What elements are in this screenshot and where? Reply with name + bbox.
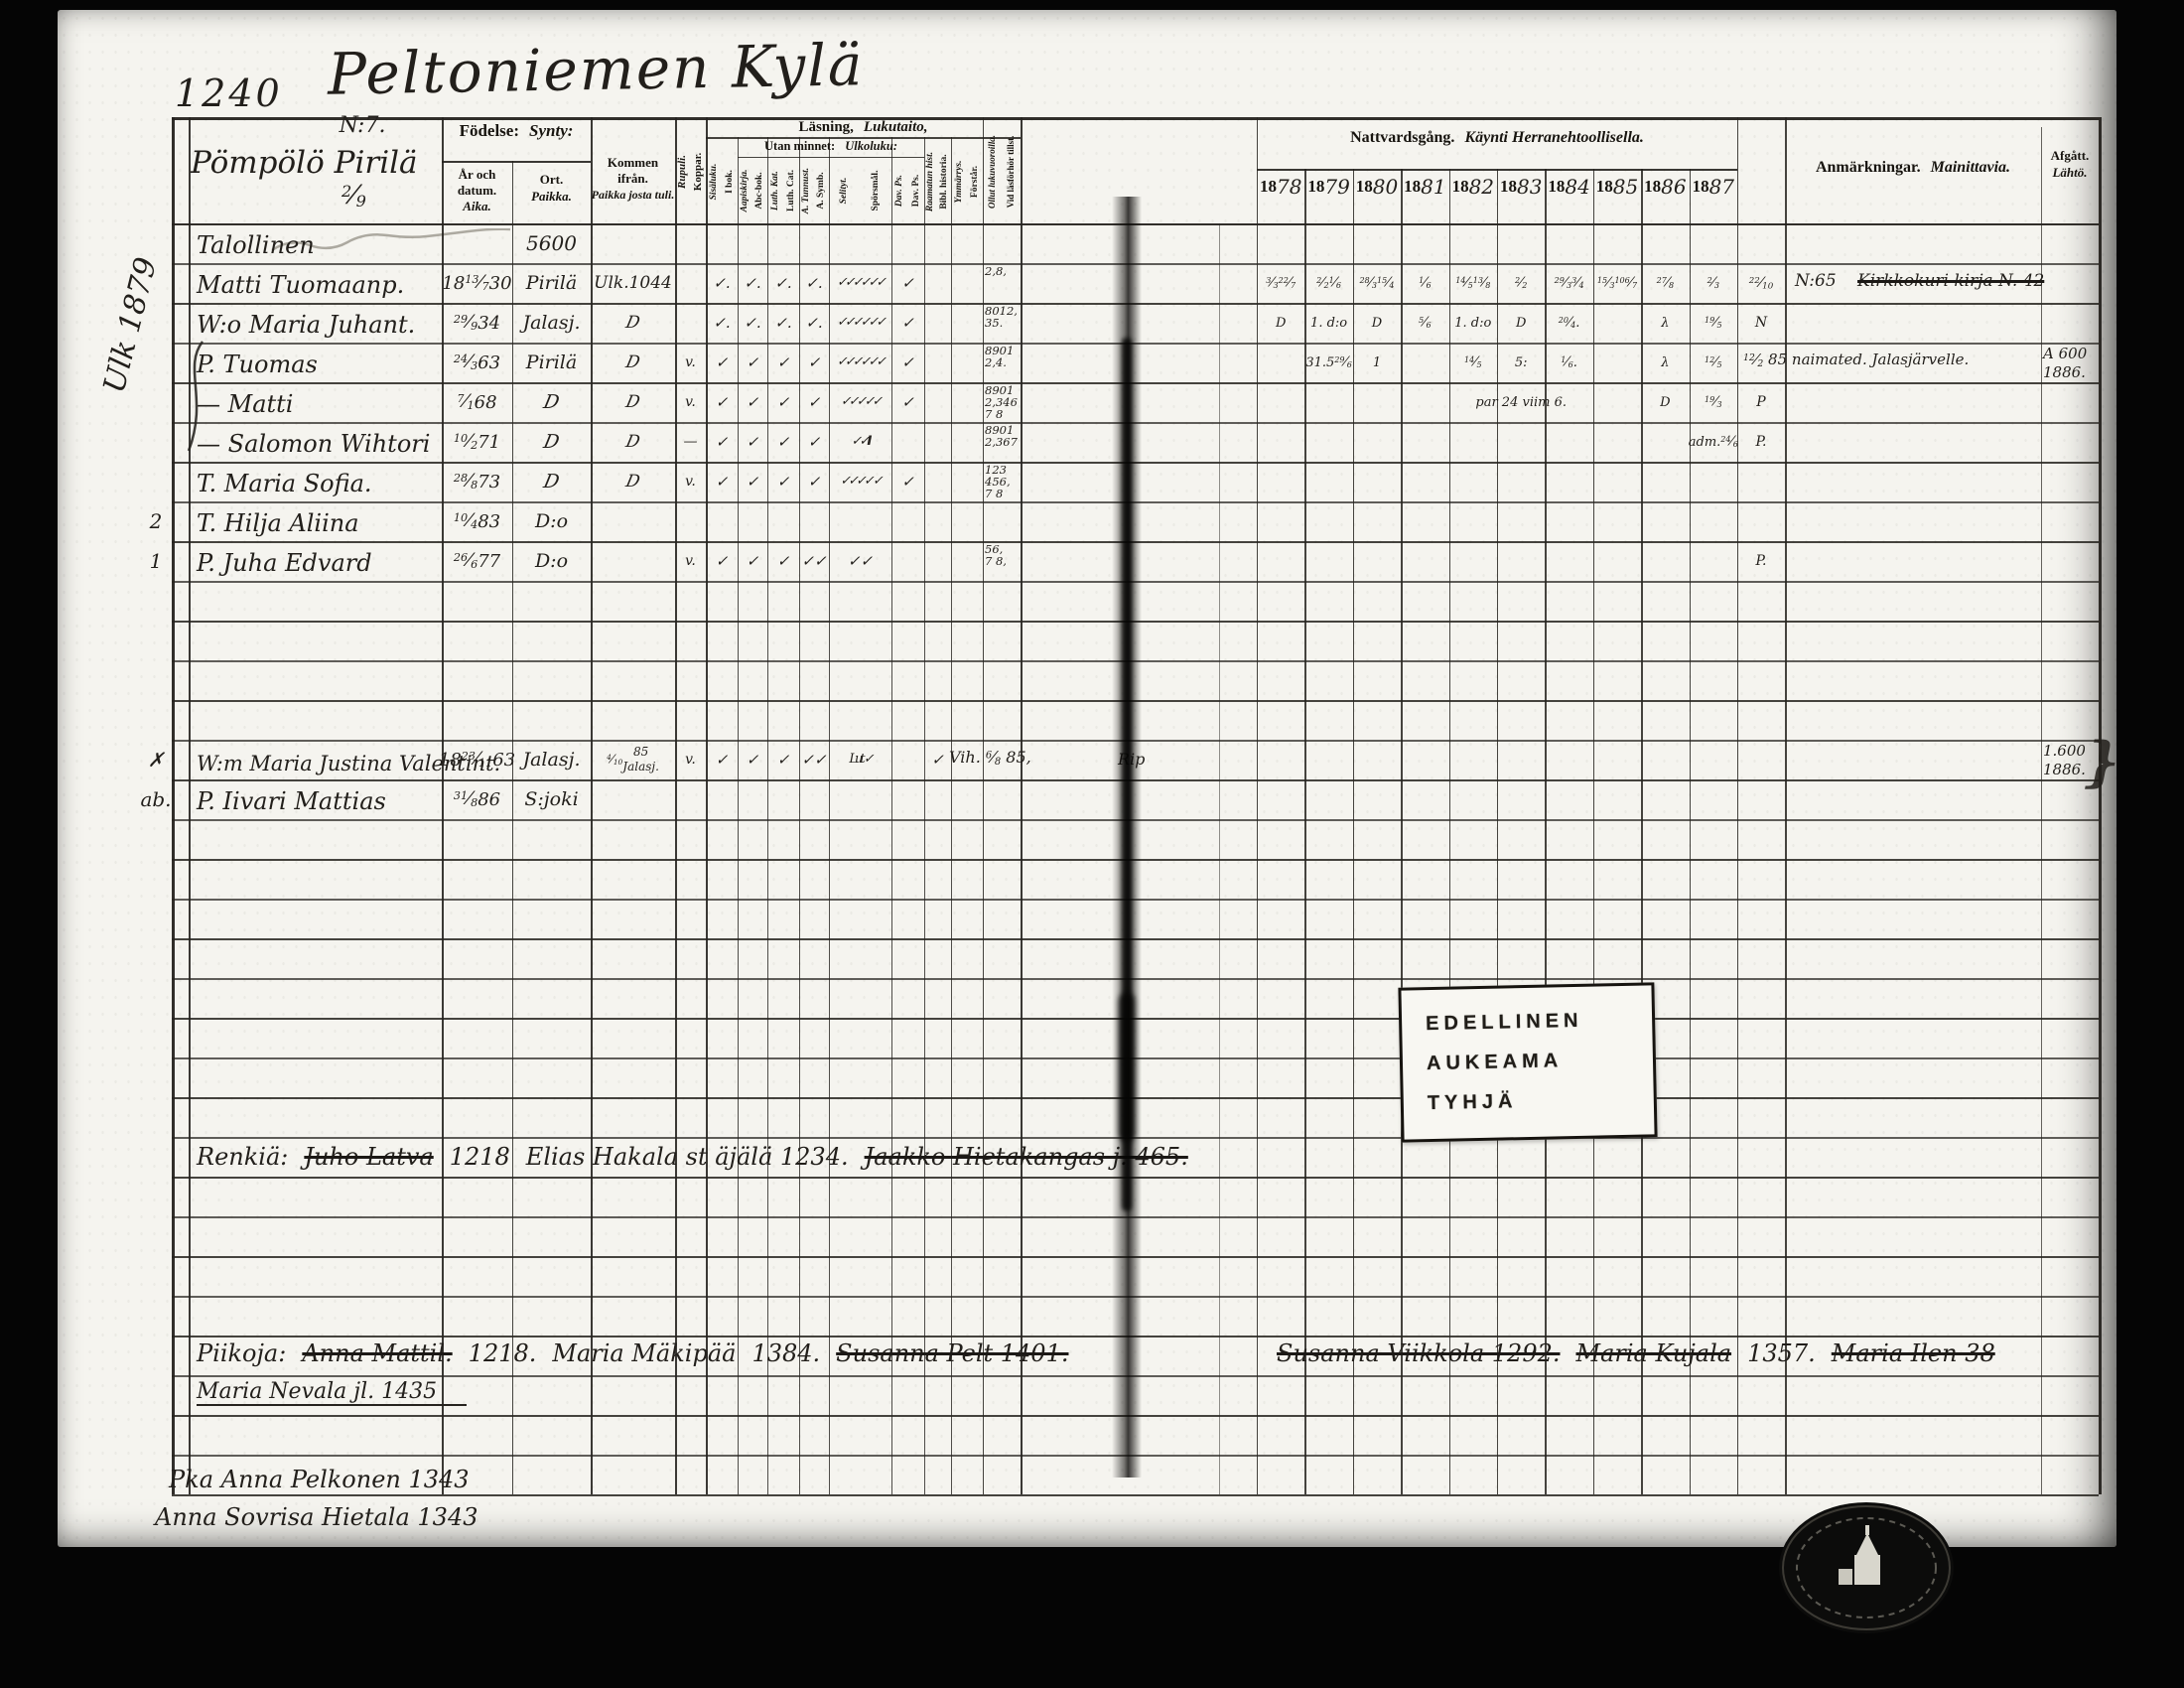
grid-line	[1401, 169, 1402, 1494]
grid-line	[172, 1018, 2099, 1020]
grid-line	[172, 1494, 2099, 1496]
year-written: 81	[1421, 175, 1445, 199]
reading-mark: ✓	[738, 462, 767, 501]
came-from: D	[587, 343, 680, 382]
reading-mark: ✓	[738, 740, 767, 779]
header-reading-7-text: Ymmärrys.Förstår.	[951, 142, 983, 221]
header-reading-2-text: Luth. Kat.Luth. Cat.	[767, 160, 799, 221]
came-from: 4⁄10 85Jalasj.	[591, 740, 675, 779]
birth-date: 7⁄1 68	[442, 382, 512, 422]
village-title: Peltoniemen Kylä	[327, 31, 864, 107]
reading-mark: ✓	[706, 462, 738, 501]
grid-line	[172, 117, 2099, 120]
communion-mark: 27⁄8	[1641, 263, 1689, 303]
reading-mark: ✓.	[799, 263, 829, 303]
communion-mark: D	[1257, 303, 1304, 343]
header-reading-6: Raamatun hist.Bibl. historia.	[924, 142, 951, 221]
smallpox-mark: v.	[675, 343, 706, 382]
label-sv: Utan minnet:	[764, 139, 835, 154]
communion-mark: 1	[1353, 343, 1401, 382]
page-fold-blot	[1119, 993, 1135, 1142]
header-vid-lasforhor-text: Ollut lukuvuoroilla.Vid läsförhör tillst…	[983, 122, 1021, 221]
reading-mark: ✓✓	[799, 740, 829, 779]
entry-segment: Juho Latva	[304, 1143, 433, 1171]
year-printed: 18	[1260, 177, 1277, 197]
grid-line	[172, 1177, 2099, 1179]
grid-line	[172, 700, 2099, 702]
header-reading-4: Selityt.Spörsmål.	[829, 160, 891, 221]
header-reading-1: Aapiskirja.Abc-bok.	[738, 160, 767, 221]
page-fold-shadow	[1112, 197, 1142, 1477]
grid-line	[442, 161, 591, 163]
header-koppar: Rupuli.Koppar.	[675, 122, 706, 221]
header-koppar-text: Rupuli.Koppar.	[675, 122, 706, 221]
entry-segment: Renkiä:	[197, 1143, 288, 1171]
grid-line	[1785, 117, 1787, 1494]
label-fi: Lukutaito,	[864, 119, 928, 136]
birth-date: 29⁄9 34	[442, 303, 512, 343]
communion-mark: 1. d:o	[1304, 303, 1352, 343]
margin-mark: 1	[133, 541, 179, 581]
communion-mark: λ	[1641, 343, 1689, 382]
grid-line	[172, 978, 2099, 980]
stamp-line: EDELLINEN	[1402, 999, 1653, 1044]
header-year-1883: 1883	[1497, 175, 1545, 199]
communion-mark: 14⁄5	[1449, 343, 1497, 382]
grid-line	[172, 1137, 2099, 1139]
entry-segment: Kirkkokuri kirja N. 42	[1857, 271, 2044, 291]
communion-mark: 2⁄3	[1690, 263, 1737, 303]
grid-line	[172, 1455, 2099, 1457]
header-reading-0-text: Sisäluku.I bok.	[706, 142, 738, 221]
reading-mark: ✓✓✓✓✓✓	[829, 263, 891, 303]
communion-mark: par 24 viim 6.	[1497, 382, 1545, 422]
communion-mark: 20⁄4.	[1545, 303, 1592, 343]
empty-spread-stamp: EDELLINEN AUKEAMA TYHJÄ	[1398, 982, 1657, 1142]
header-year-1887: 1887	[1690, 175, 1737, 199]
grid-line	[2041, 127, 2042, 1494]
year-written: 82	[1469, 175, 1494, 199]
reading-mark: ✓✓	[829, 541, 891, 581]
examination-numbers: 123456,7 8	[985, 464, 1021, 499]
grid-line	[924, 137, 925, 1494]
birth-place: Jalasj.	[512, 303, 591, 343]
extra-col-mark: P	[1737, 382, 1785, 422]
communion-mark: 1⁄6	[1401, 263, 1448, 303]
reading-mark: ✓	[767, 422, 799, 462]
communion-mark: D	[1353, 303, 1401, 343]
header-year-1886: 1886	[1641, 175, 1689, 199]
communion-mark: 14⁄5 13⁄8	[1449, 263, 1497, 303]
header-reading-5: Dav. Ps.Dav. Ps.	[891, 160, 924, 221]
entry-segment: Elias Hakala st äjälä 1234.	[526, 1143, 849, 1171]
communion-mark: 2⁄2	[1497, 263, 1545, 303]
communion-mark: 12⁄5	[1690, 343, 1737, 382]
birth-date: 18 23⁄11 63	[442, 740, 512, 779]
communion-mark: 19⁄5	[1690, 303, 1737, 343]
smallpox-mark: v.	[675, 740, 706, 779]
smallpox-mark: v.	[675, 462, 706, 501]
header-reading-7: Ymmärrys.Förstår.	[951, 142, 983, 221]
year-written: 84	[1565, 175, 1589, 199]
header-year-1879: 1879	[1304, 175, 1352, 199]
reading-mark: ✓	[706, 382, 738, 422]
header-reading-4-text: Selityt.Spörsmål.	[829, 160, 891, 221]
header-year-1881: 1881	[1401, 175, 1448, 199]
signature-line: Anna Sovrisa Hietala 1343	[155, 1503, 478, 1531]
reading-mark: Lut ✓	[829, 740, 891, 779]
year-written: 78	[1277, 175, 1301, 199]
reading-mark: ✓	[738, 382, 767, 422]
reading-mark: ✓	[706, 541, 738, 581]
grid-line	[172, 1216, 2099, 1218]
header-kommen: Kommen ifrån.Paikka josta tuli.	[591, 155, 675, 203]
reading-mark: ✓.	[767, 263, 799, 303]
reading-mark: ✓	[891, 382, 924, 422]
entry-segment: Maria Kujala	[1576, 1339, 1732, 1367]
communion-mark: 2⁄2 1⁄6	[1304, 263, 1352, 303]
stamp-line: AUKEAMA	[1403, 1039, 1654, 1083]
reading-mark: ✓.	[706, 263, 738, 303]
reading-mark: ✓✓ǀǀǀ	[829, 422, 891, 462]
person-name: Talollinen	[197, 225, 494, 259]
grid-line	[172, 859, 2099, 861]
entry-segment: Piikoja:	[197, 1339, 286, 1367]
grid-line	[1593, 169, 1594, 1494]
reading-mark: ✓	[767, 541, 799, 581]
reading-mark: ✓✓✓✓✓	[829, 382, 891, 422]
smallpox-mark: v.	[675, 541, 706, 581]
birth-place: 5600	[512, 223, 591, 263]
reading-mark: ✓	[799, 382, 829, 422]
reading-mark: ✓✓✓✓✓✓	[829, 343, 891, 382]
header-reading-0: Sisäluku.I bok.	[706, 142, 738, 221]
grid-line	[172, 1057, 2099, 1059]
communion-mark: 3⁄3 22⁄7	[1257, 263, 1304, 303]
reading-mark: ✓	[799, 462, 829, 501]
birth-date: 26⁄6 77	[442, 541, 512, 581]
header-anmarkningar: Anmärkningar. Mainittavia.	[1785, 159, 2041, 177]
year-printed: 18	[1548, 177, 1565, 197]
header-vid-lasforhor: Ollut lukuvuoroilla.Vid läsförhör tillst…	[983, 122, 1021, 221]
examination-numbers: 89012,4.	[985, 345, 1021, 368]
communion-mark: 19⁄3	[1690, 382, 1737, 422]
grid-line	[172, 621, 2099, 623]
examination-numbers: 56,7 8,	[985, 543, 1021, 567]
header-nattvardsgang: Nattvardsgång. Käynti Herranehtoollisell…	[1257, 129, 1737, 147]
entry-segment: 1384.	[751, 1339, 820, 1367]
birth-date: 10⁄2 71	[442, 422, 512, 462]
stamp-line: TYHJÄ	[1403, 1078, 1654, 1123]
house-fraction: 2⁄9	[341, 181, 366, 211]
header-year-1885: 1885	[1593, 175, 1641, 199]
came-from: D	[587, 303, 680, 343]
grid-line	[172, 1415, 2099, 1417]
year-printed: 18	[1644, 177, 1661, 197]
communion-mark: λ	[1641, 303, 1689, 343]
grid-line	[2099, 117, 2102, 1494]
communion-mark: 31.5 29⁄6	[1304, 343, 1352, 382]
header-lasning: Läsning, Lukutaito,	[706, 119, 1021, 136]
examination-numbers: 2,8,	[985, 265, 1021, 277]
header-reading-3-text: A. Tunnust.A. Symb.	[799, 160, 829, 221]
year-printed: 18	[1307, 177, 1324, 197]
reading-mark: ✓	[891, 303, 924, 343]
header-reading-2: Luth. Kat.Luth. Cat.	[767, 160, 799, 221]
year-printed: 18	[1693, 177, 1709, 197]
came-from: D	[587, 462, 680, 501]
header-year-1878: 1878	[1257, 175, 1304, 199]
communion-mark: adm. 24⁄6	[1690, 422, 1737, 462]
header-sub-place: Ort.Paikka.	[512, 171, 591, 205]
scanned-photo-frame: 1240 Peltoniemen Kylä N:7. Pömpölö Piril…	[0, 0, 2184, 1688]
rippi-note: Rip	[1118, 750, 1145, 769]
came-from: D	[587, 422, 680, 462]
header-year-1880: 1880	[1353, 175, 1401, 199]
year-printed: 18	[1404, 177, 1421, 197]
smallpox-mark: v.	[675, 382, 706, 422]
reading-mark: ✓.	[799, 303, 829, 343]
reading-mark: ✓	[891, 263, 924, 303]
grid-line	[172, 1375, 2099, 1377]
birth-place: D:o	[512, 501, 591, 541]
examination-numbers: 89012,367	[985, 424, 1021, 448]
birth-place: Pirilä	[512, 343, 591, 382]
extra-col-mark: N	[1737, 303, 1785, 343]
year-written: 80	[1373, 175, 1398, 199]
birth-place: D:o	[512, 541, 591, 581]
year-written: 87	[1709, 175, 1734, 199]
piikoja-row-right: Susanna Viikkola 1292.Maria Kujala1357.M…	[1277, 1339, 2011, 1367]
header-reading-5-text: Dav. Ps.Dav. Ps.	[891, 160, 924, 221]
page-number: 1240	[175, 71, 283, 115]
year-written: 79	[1324, 175, 1349, 199]
reading-mark: ✓	[767, 382, 799, 422]
label-sv: Läsning,	[798, 119, 853, 136]
examination-numbers: 89012,3467 8	[985, 384, 1021, 420]
page-fold-core	[1122, 338, 1132, 1211]
header-fodelse: Födelse: Synty:	[442, 121, 591, 141]
smallpox-mark: —	[675, 422, 706, 462]
header-reading-6-text: Raamatun hist.Bibl. historia.	[924, 142, 951, 221]
piikoja-row-2: Maria Nevala jl. 1435	[197, 1379, 467, 1406]
year-printed: 18	[1500, 177, 1517, 197]
label-fi: Käynti Herranehtoollisella.	[1464, 129, 1643, 147]
header-year-1882: 1882	[1449, 175, 1497, 199]
label-sv: Födelse:	[460, 121, 519, 141]
grid-line	[172, 1097, 2099, 1099]
grid-line	[172, 819, 2099, 821]
extra-col-mark: 22⁄10	[1737, 263, 1785, 303]
birth-place: D	[508, 382, 596, 422]
grid-line	[675, 117, 677, 1494]
reading-mark: ✓✓✓✓✓✓	[829, 303, 891, 343]
grid-line	[1021, 117, 1023, 1494]
birth-place: D	[508, 422, 596, 462]
entry-segment: Anna Mattil.	[302, 1339, 452, 1367]
reading-mark: ✓	[706, 343, 738, 382]
archive-round-stamp	[1775, 1497, 1958, 1638]
header-sub-date: År och datum.Aika.	[442, 167, 512, 214]
communion-mark: 5⁄6	[1401, 303, 1448, 343]
reading-mark: ✓	[767, 740, 799, 779]
grid-line	[172, 660, 2099, 662]
birth-place: S:joki	[512, 779, 591, 819]
reading-mark: ✓✓✓✓ ✓	[829, 462, 891, 501]
grid-line	[189, 117, 191, 1494]
margin-mark: 2	[133, 501, 179, 541]
reading-mark: ✓	[891, 343, 924, 382]
entry-segment: N:65	[1795, 271, 1842, 291]
extra-col-mark: P.	[1737, 422, 1785, 462]
reading-mark: ✓	[891, 462, 924, 501]
reading-mark: ✓.	[706, 303, 738, 343]
reading-mark: ✓	[738, 343, 767, 382]
birth-date: 31⁄8 86	[442, 779, 512, 819]
grid-line	[172, 1336, 2099, 1337]
margin-mark: ✗	[133, 740, 179, 779]
reading-mark: ✓✓	[799, 541, 829, 581]
ledger-page: 1240 Peltoniemen Kylä N:7. Pömpölö Piril…	[58, 10, 2116, 1547]
header-utan-minnet: Utan minnet: Ulkoluku:	[738, 139, 924, 154]
reading-mark: ✓	[738, 422, 767, 462]
header-afgatt: Afgått.Lähtö.	[2041, 147, 2099, 181]
communion-mark: 5:	[1497, 343, 1545, 382]
remark-note: 12⁄2 85 naimated. Jalasjärvelle.	[1743, 351, 2031, 369]
vihitty-note: Vih. 6⁄8 85,	[949, 748, 1031, 768]
communion-mark: 15⁄3 106⁄7	[1593, 263, 1641, 303]
reading-mark: ✓	[767, 343, 799, 382]
label-fi: Ulkoluku:	[845, 139, 897, 154]
communion-mark: 28⁄3 15⁄4	[1353, 263, 1401, 303]
extra-col-mark: P.	[1737, 541, 1785, 581]
entry-segment: Maria Ilen 38	[1832, 1339, 1995, 1367]
entry-segment: 1357.	[1747, 1339, 1816, 1367]
reading-mark: ✓	[799, 343, 829, 382]
entry-segment: 1218	[450, 1143, 510, 1171]
grid-line	[1219, 223, 1220, 1494]
grid-line	[172, 1296, 2099, 1298]
entry-segment: Susanna Viikkola 1292.	[1277, 1339, 1561, 1367]
label-fi: Mainittavia.	[1931, 159, 2010, 177]
birth-date: 28⁄8 73	[442, 462, 512, 501]
birth-date: 10⁄4 83	[442, 501, 512, 541]
label-fi: Synty:	[529, 121, 573, 141]
entry-segment: Jaakko Hietakangas j. 465.	[865, 1143, 1188, 1171]
entry-segment: Maria Mäkipää	[552, 1339, 736, 1367]
birth-place: Pirilä	[512, 263, 591, 303]
header-reading-1-text: Aapiskirja.Abc-bok.	[738, 160, 767, 221]
birth-place: Jalasj.	[512, 740, 591, 779]
year-written: 83	[1517, 175, 1542, 199]
label-sv: Nattvardsgång.	[1350, 129, 1454, 147]
margin-rotated-note: Ulk 1879	[97, 254, 165, 396]
piikoja-row-left: Piikoja:Anna Mattil.1218.Maria Mäkipää13…	[197, 1339, 1084, 1367]
examination-numbers: 8012,35.	[985, 305, 1021, 329]
house-name: Pömpölö Pirilä	[191, 145, 418, 181]
birth-place: D	[508, 462, 596, 501]
reading-mark: ✓	[706, 740, 738, 779]
grid-line	[951, 137, 952, 1494]
reading-mark: ✓	[767, 462, 799, 501]
departed-note: A 6001886.	[2043, 345, 2095, 382]
reading-mark: ✓.	[738, 303, 767, 343]
header-year-1884: 1884	[1545, 175, 1592, 199]
grid-line	[172, 581, 2099, 583]
margin-mark: ab.	[133, 779, 179, 819]
label-sv: Anmärkningar.	[1816, 159, 1921, 177]
reading-mark: ✓	[706, 422, 738, 462]
communion-mark: 1⁄6.	[1545, 343, 1592, 382]
renkia-row: Renkiä:Juho Latva1218Elias Hakala st äjä…	[197, 1143, 1204, 1171]
year-written: 86	[1661, 175, 1686, 199]
reading-mark: ✓	[738, 541, 767, 581]
reading-mark: ✓	[924, 740, 951, 779]
birth-date: 24⁄3 63	[442, 343, 512, 382]
year-written: 85	[1613, 175, 1638, 199]
birth-date: 18 13⁄7 30	[442, 263, 512, 303]
grid-line	[172, 938, 2099, 940]
brace-mark: }	[2085, 730, 2119, 793]
communion-mark: 1. d:o	[1449, 303, 1497, 343]
year-printed: 18	[1596, 177, 1613, 197]
grid-line	[738, 157, 924, 158]
grid-line	[172, 1256, 2099, 1258]
came-from: D	[587, 382, 680, 422]
year-printed: 18	[1356, 177, 1373, 197]
came-from: Ulk.1044	[591, 263, 675, 303]
header-reading-3: A. Tunnust.A. Symb.	[799, 160, 829, 221]
entry-segment: 1218.	[469, 1339, 537, 1367]
communion-mark: D	[1497, 303, 1545, 343]
reading-mark: ✓.	[738, 263, 767, 303]
reading-mark: ✓	[799, 422, 829, 462]
communion-mark: 29⁄3 3⁄4	[1545, 263, 1592, 303]
year-printed: 18	[1452, 177, 1469, 197]
signature-line: Pka Anna Pelkonen 1343	[169, 1466, 470, 1493]
communion-mark: D	[1641, 382, 1689, 422]
entry-segment: 12⁄2 85 naimated. Jalasjärvelle.	[1743, 351, 1969, 368]
reading-mark: ✓.	[767, 303, 799, 343]
entry-segment: Susanna Pelt 1401.	[836, 1339, 1068, 1367]
remark-note: N:65 Kirkkokuri kirja N. 42	[1795, 271, 2083, 291]
grid-line	[172, 899, 2099, 901]
